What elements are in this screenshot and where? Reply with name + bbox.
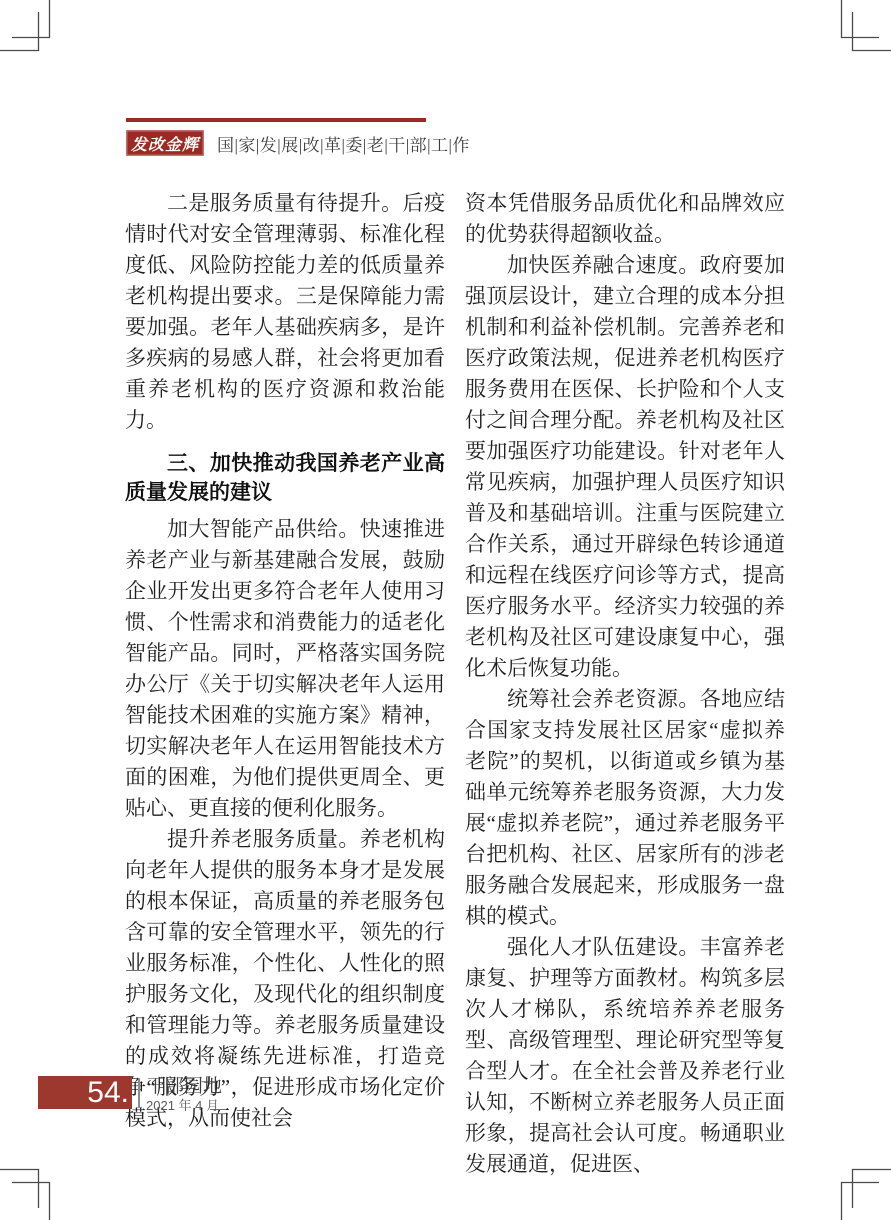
header-rule [126, 118, 426, 122]
paragraph-continuation: 资本凭借服务品质优化和品牌效应的优势获得超额收益。 [465, 188, 785, 250]
journal-logo-text: 发改金辉 [131, 132, 199, 155]
paragraph: 加快医养融合速度。政府要加强顶层设计，建立合理的成本分担机制和利益补偿机制。完善… [465, 250, 785, 684]
left-column: 二是服务质量有待提升。后疫情时代对安全管理薄弱、标准化程度低、风险防控能力差的低… [125, 188, 445, 1180]
page-number-box: 54. [38, 1076, 132, 1109]
section-title: 干部园地 [146, 1076, 222, 1098]
journal-logo: 发改金辉 [126, 130, 204, 156]
crop-mark-bottom-left-icon [0, 1160, 60, 1220]
magazine-page: 发改金辉 国|家|发|展|改|革|委|老|干|部|工|作 二是服务质量有待提升。… [0, 0, 891, 1220]
crop-mark-top-left-icon [0, 0, 60, 60]
page-number: 54. [87, 1078, 129, 1108]
page-header: 发改金辉 国|家|发|展|改|革|委|老|干|部|工|作 [126, 130, 470, 156]
paragraph: 强化人才队伍建设。丰富养老康复、护理等方面教材。构筑多层次人才梯队，系统培养养老… [465, 932, 785, 1180]
paragraph: 加大智能产品供给。快速推进养老产业与新基建融合发展，鼓励企业开发出更多符合老年人… [125, 514, 445, 824]
crop-mark-top-right-icon [831, 0, 891, 60]
issue-date: 2021 年 4 月 [146, 1098, 219, 1114]
paragraph: 统筹社会养老资源。各地应结合国家支持发展社区居家“虚拟养老院”的契机，以街道或乡… [465, 684, 785, 932]
folio-divider [138, 1078, 140, 1108]
crop-mark-bottom-right-icon [831, 1160, 891, 1220]
section-heading: 三、加快推动我国养老产业高质量发展的建议 [125, 449, 445, 507]
header-strip-text: 国|家|发|展|改|革|委|老|干|部|工|作 [217, 131, 470, 156]
right-column: 资本凭借服务品质优化和品牌效应的优势获得超额收益。 加快医养融合速度。政府要加强… [465, 188, 785, 1180]
paragraph: 二是服务质量有待提升。后疫情时代对安全管理薄弱、标准化程度低、风险防控能力差的低… [125, 188, 445, 436]
article-body: 二是服务质量有待提升。后疫情时代对安全管理薄弱、标准化程度低、风险防控能力差的低… [125, 188, 785, 1180]
